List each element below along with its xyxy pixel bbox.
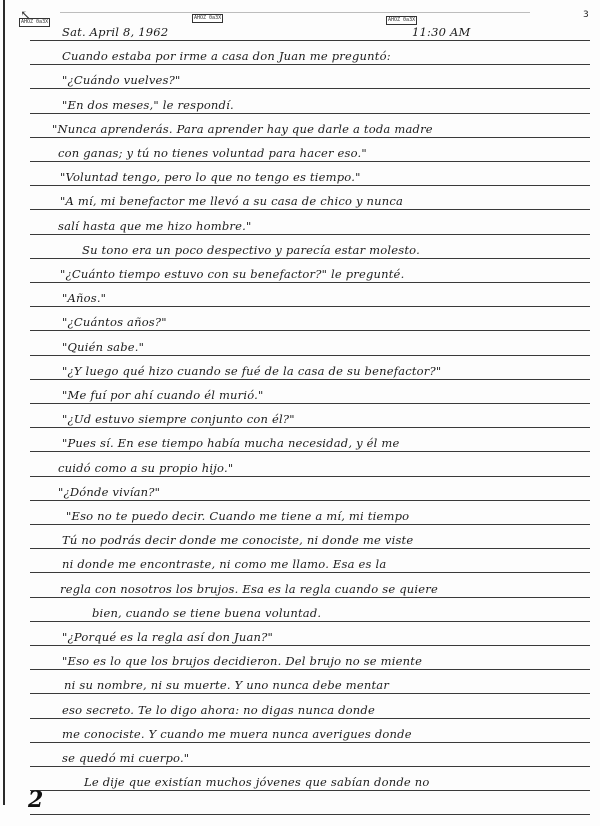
- diary-line: Tú no podrás decir donde me conociste, n…: [0, 528, 600, 550]
- diary-line: cuidó como a su propio hijo.": [0, 456, 600, 478]
- diary-date: Sat. April 8, 1962: [62, 25, 168, 39]
- diary-line-text: "¿Dónde vivían?": [58, 485, 160, 499]
- diary-line-text: se quedó mi cuerpo.": [62, 751, 189, 765]
- ruled-line: [30, 814, 590, 815]
- diary-line: se quedó mi cuerpo.": [0, 746, 600, 768]
- diary-line-text: "Me fuí por ahí cuando él murió.": [62, 388, 264, 402]
- diary-line: "Nunca aprenderás. Para aprender hay que…: [0, 117, 600, 139]
- diary-line-text: "¿Ud estuvo siempre conjunto con él?": [62, 412, 295, 426]
- diary-line: "¿Y luego qué hizo cuando se fué de la c…: [0, 359, 600, 381]
- diary-line: con ganas; y tú no tienes voluntad para …: [0, 141, 600, 163]
- diary-line: salí hasta que me hizo hombre.": [0, 214, 600, 236]
- diary-line-text: "¿Cuántos años?": [62, 315, 167, 329]
- page-number-bottom: 2: [28, 787, 43, 813]
- diary-line: me conociste. Y cuando me muera nunca av…: [0, 722, 600, 744]
- diary-line-text: bien, cuando se tiene buena voluntad.: [92, 606, 321, 620]
- diary-line-text: "Pues sí. En ese tiempo había mucha nece…: [62, 436, 399, 450]
- diary-line-text: Cuando estaba por irme a casa don Juan m…: [62, 49, 391, 63]
- diary-line-text: Su tono era un poco despectivo y parecía…: [82, 243, 420, 257]
- top-rule: [60, 12, 530, 13]
- diary-line-text: "Nunca aprenderás. Para aprender hay que…: [52, 122, 433, 136]
- diary-line: "Eso es lo que los brujos decidieron. De…: [0, 649, 600, 671]
- diary-line: Cuando estaba por irme a casa don Juan m…: [0, 44, 600, 66]
- diary-line: ni su nombre, ni su muerte. Y uno nunca …: [0, 673, 600, 695]
- diary-line-text: me conociste. Y cuando me muera nunca av…: [62, 727, 412, 741]
- diary-line-text: "¿Y luego qué hizo cuando se fué de la c…: [62, 364, 441, 378]
- diary-line-text: ni su nombre, ni su muerte. Y uno nunca …: [64, 678, 389, 692]
- diary-line: "En dos meses," le respondí.: [0, 93, 600, 115]
- diary-line-text: "Eso es lo que los brujos decidieron. De…: [62, 654, 422, 668]
- diary-line-text: regla con nosotros los brujos. Esa es la…: [60, 582, 438, 596]
- diary-line-text: "En dos meses," le respondí.: [62, 98, 234, 112]
- diary-line-text: "Voluntad tengo, pero lo que no tengo es…: [60, 170, 361, 184]
- diary-line-text: "¿Cuánto tiempo estuvo con su benefactor…: [60, 267, 404, 281]
- diary-line: "¿Dónde vivían?": [0, 480, 600, 502]
- diary-line: "¿Cuánto tiempo estuvo con su benefactor…: [0, 262, 600, 284]
- diary-line-text: "Quién sabe.": [62, 340, 144, 354]
- diary-line: "Pues sí. En ese tiempo había mucha nece…: [0, 431, 600, 453]
- diary-line: "¿Cuándo vuelves?": [0, 68, 600, 90]
- diary-line-text: eso secreto. Te lo digo ahora: no digas …: [62, 703, 375, 717]
- diary-line: "Años.": [0, 286, 600, 308]
- diary-line: Su tono era un poco despectivo y parecía…: [0, 238, 600, 260]
- diary-line-text: ni donde me encontraste, ni como me llam…: [62, 557, 386, 571]
- ruled-line: [30, 40, 590, 41]
- diary-line: Le dije que existían muchos jóvenes que …: [0, 770, 600, 792]
- diary-line: "A mí, mi benefactor me llevó a su casa …: [0, 189, 600, 211]
- diary-time: 11:30 AM: [412, 25, 470, 39]
- diary-line: "Quién sabe.": [0, 335, 600, 357]
- diary-page: ↖ AHOZ 0a3X AHOZ 0a3X AHOZ 0a3X 3 Sat. A…: [0, 0, 600, 826]
- diary-line: "¿Porqué es la regla así don Juan?": [0, 625, 600, 647]
- diary-line-text: con ganas; y tú no tienes voluntad para …: [58, 146, 367, 160]
- diary-line-text: "¿Cuándo vuelves?": [62, 73, 181, 87]
- diary-line-text: "Años.": [62, 291, 106, 305]
- diary-line: "Voluntad tengo, pero lo que no tengo es…: [0, 165, 600, 187]
- diary-line-text: Le dije que existían muchos jóvenes que …: [84, 775, 429, 789]
- diary-line: "Eso no te puedo decir. Cuando me tiene …: [0, 504, 600, 526]
- page-number-top: 3: [583, 10, 589, 20]
- diary-line: "¿Ud estuvo siempre conjunto con él?": [0, 407, 600, 429]
- diary-line-text: salí hasta que me hizo hombre.": [58, 219, 251, 233]
- diary-line-text: "A mí, mi benefactor me llevó a su casa …: [60, 194, 403, 208]
- diary-line-text: cuidó como a su propio hijo.": [58, 461, 233, 475]
- diary-line: regla con nosotros los brujos. Esa es la…: [0, 577, 600, 599]
- diary-line: "Me fuí por ahí cuando él murió.": [0, 383, 600, 405]
- diary-line: "¿Cuántos años?": [0, 310, 600, 332]
- diary-line: bien, cuando se tiene buena voluntad.: [0, 601, 600, 623]
- diary-line-text: "Eso no te puedo decir. Cuando me tiene …: [66, 509, 409, 523]
- diary-line-text: "¿Porqué es la regla así don Juan?": [62, 630, 273, 644]
- diary-line: ni donde me encontraste, ni como me llam…: [0, 552, 600, 574]
- diary-line: eso secreto. Te lo digo ahora: no digas …: [0, 698, 600, 720]
- header-line: Sat. April 8, 1962 11:30 AM: [0, 20, 600, 42]
- diary-line-text: Tú no podrás decir donde me conociste, n…: [62, 533, 413, 547]
